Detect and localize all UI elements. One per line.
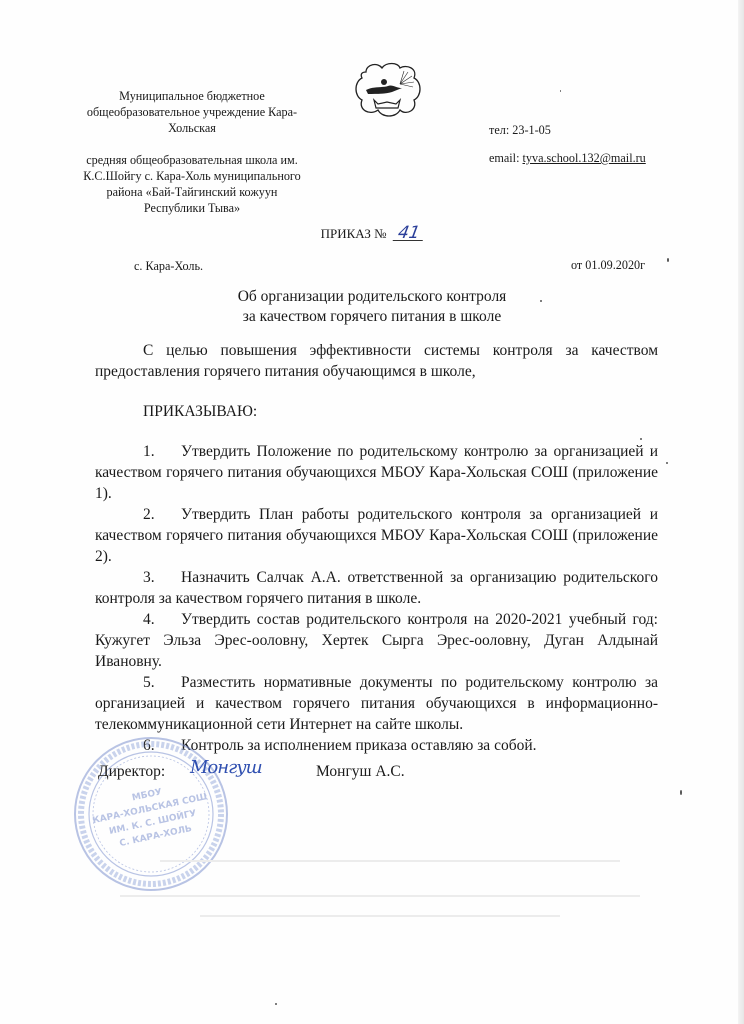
org-line: Хольская [72, 120, 312, 136]
list-item: 1.Утвердить Положение по родительскому к… [95, 441, 658, 504]
order-title: ПРИКАЗ № 41 [0, 226, 744, 242]
order-number-handwritten: 41 [392, 226, 424, 241]
contacts: тел: 23-1-05 email: tyva.school.132@mail… [489, 122, 646, 178]
org-line: Муниципальное бюджетное [72, 88, 312, 104]
item-number: 5. [143, 672, 181, 693]
order-place: с. Кара-Холь. [134, 259, 203, 274]
scanned-page: Муниципальное бюджетное общеобразователь… [0, 0, 744, 1024]
signature-name: Монгуш А.С. [316, 763, 405, 781]
list-item: 2.Утвердить План работы родительского ко… [95, 504, 658, 567]
org-line: района «Бай-Тайгинский кожуун [72, 184, 312, 200]
item-number: 1. [143, 441, 181, 462]
phone-row: тел: 23-1-05 [489, 122, 646, 138]
org-line: средняя общеобразовательная школа им. [72, 152, 312, 168]
scan-shadow [160, 860, 620, 862]
handwritten-signature: Монгуш [190, 757, 262, 778]
phone-label: тел: [489, 123, 509, 137]
scan-edge [738, 0, 744, 1024]
preamble: С целью повышения эффективности системы … [95, 340, 658, 382]
scan-shadow [200, 915, 560, 917]
item-text: Контроль за исполнением приказа оставляю… [181, 737, 537, 754]
tuva-emblem-icon [352, 62, 424, 118]
list-item: 5.Разместить нормативные документы по ро… [95, 672, 658, 735]
subject-line: за качеством горячего питания в школе [0, 307, 744, 327]
stamp-line: МБОУ [131, 787, 163, 803]
order-date: от 01.09.2020г [571, 258, 645, 273]
list-item: 3.Назначить Салчак А.А. ответственной за… [95, 567, 658, 609]
scan-shadow [120, 895, 640, 897]
order-word: ПРИКАЗЫВАЮ: [95, 401, 658, 422]
item-number: 4. [143, 609, 181, 630]
email-link[interactable]: tyva.school.132@mail.ru [523, 151, 646, 165]
org-line: общеобразовательное учреждение Кара- [72, 104, 312, 120]
org-line: К.С.Шойгу с. Кара-Холь муниципального [72, 168, 312, 184]
org-line: Республики Тыва» [72, 200, 312, 216]
list-item: 4.Утвердить состав родительского контрол… [95, 609, 658, 672]
order-body: С целью повышения эффективности системы … [95, 340, 658, 756]
phone-value: 23-1-05 [512, 123, 551, 137]
email-row: email: tyva.school.132@mail.ru [489, 150, 646, 166]
order-title-label: ПРИКАЗ № [321, 226, 387, 241]
signature-block: Директор: Монгуш Монгуш А.С. [98, 763, 498, 787]
organization-header: Муниципальное бюджетное общеобразователь… [72, 88, 312, 216]
item-number: 2. [143, 504, 181, 525]
signature-role: Директор: [98, 763, 165, 781]
email-label: email: [489, 151, 519, 165]
item-number: 3. [143, 567, 181, 588]
subject-line: Об организации родительского контроля [0, 287, 744, 307]
order-subject: Об организации родительского контроля за… [0, 287, 744, 327]
